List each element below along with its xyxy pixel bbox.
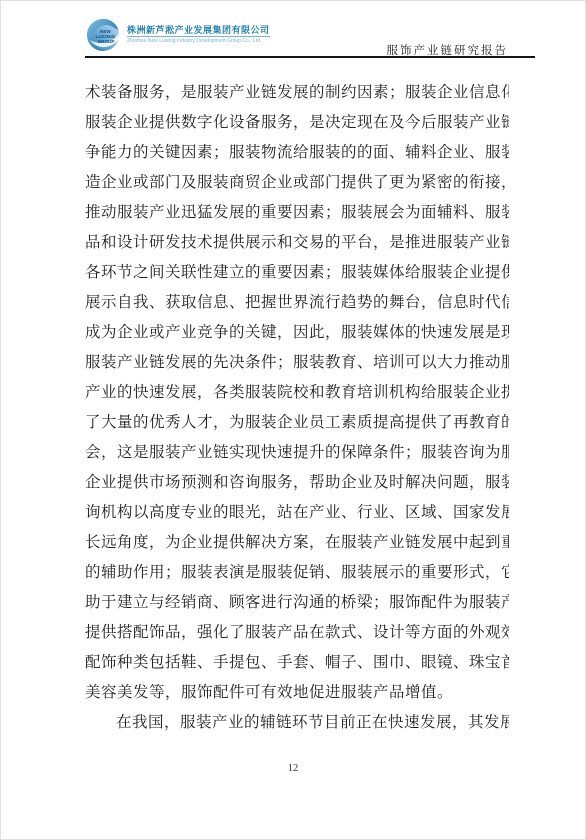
company-name-chinese: 株洲新芦淞产业发展集团有限公司 xyxy=(127,25,270,36)
body-text-line: 询机构以高度专业的眼光，站在产业、行业、区域、国家发展的 xyxy=(85,498,509,528)
body-text-line: 助于建立与经销商、顾客进行沟通的桥梁；服饰配件为服装产品 xyxy=(85,588,509,618)
body-text: 术装备服务，是服装产业链发展的制约因素；服装企业信息化为服装企业提供数字化设备服… xyxy=(85,78,509,738)
body-text-line: 配饰种类包括鞋、手提包、手套、帽子、围巾、眼镜、珠宝首饰、 xyxy=(85,648,509,678)
body-text-line: 争能力的关键因素；服装物流给服装的的面、辅料企业、服装制 xyxy=(85,138,509,168)
body-text-line: 服装企业提供数字化设备服务，是决定现在及今后服装产业链竞 xyxy=(85,108,509,138)
body-text-line: 服装产业链发展的先决条件；服装教育、培训可以大力推动服装 xyxy=(85,348,509,378)
document-page: NEW LUSONG GROUP 株洲新芦淞产业发展集团有限公司 Zhuzhou… xyxy=(0,0,586,840)
header-divider-rule xyxy=(85,56,535,58)
body-text-line: 品和设计研发技术提供展示和交易的平台，是推进服装产业链中 xyxy=(85,228,509,258)
body-text-line: 在我国，服装产业的辅链环节目前正在快速发展，其发展 xyxy=(85,708,509,738)
body-text-line: 的辅助作用；服装表演是服装促销、服装展示的重要形式，它有 xyxy=(85,558,509,588)
body-text-line: 长远角度，为企业提供解决方案，在服装产业链发展中起到重要 xyxy=(85,528,509,558)
body-text-line: 术装备服务，是服装产业链发展的制约因素；服装企业信息化为 xyxy=(85,78,509,108)
body-text-line: 成为企业或产业竞争的关键，因此，服装媒体的快速发展是现代 xyxy=(85,318,509,348)
body-text-line: 美容美发等，服饰配件可有效地促进服装产品增值。 xyxy=(85,678,509,708)
body-text-line: 展示自我、获取信息、把握世界流行趋势的舞台，信息时代信息 xyxy=(85,288,509,318)
body-text-line: 会，这是服装产业链实现快速提升的保障条件；服装咨询为服装 xyxy=(85,438,509,468)
company-name-block: 株洲新芦淞产业发展集团有限公司 Zhuzhou New Lusong Indus… xyxy=(127,25,270,45)
body-text-line: 推动服装产业迅猛发展的重要因素；服装展会为面辅料、服装产 xyxy=(85,198,509,228)
company-logo: NEW LUSONG GROUP 株洲新芦淞产业发展集团有限公司 Zhuzhou… xyxy=(85,16,270,54)
body-text-line: 各环节之间关联性建立的重要因素；服装媒体给服装企业提供了 xyxy=(85,258,509,288)
globe-swirl-logo-icon: NEW LUSONG GROUP xyxy=(85,16,122,54)
body-text-line: 造企业或部门及服装商贸企业或部门提供了更为紧密的衔接，是 xyxy=(85,168,509,198)
body-text-line: 了大量的优秀人才，为服装企业员工素质提高提供了再教育的机 xyxy=(85,408,509,438)
company-name-english: Zhuzhou New Lusong Industry Development … xyxy=(127,36,270,45)
page-header: NEW LUSONG GROUP 株洲新芦淞产业发展集团有限公司 Zhuzhou… xyxy=(85,14,536,58)
page-number: 12 xyxy=(0,763,586,774)
body-text-line: 企业提供市场预测和咨询服务，帮助企业及时解决问题，服装咨 xyxy=(85,468,509,498)
body-text-line: 提供搭配饰品，强化了服装产品在款式、设计等方面的外观效果， xyxy=(85,618,509,648)
body-text-line: 产业的快速发展，各类服装院校和教育培训机构给服装企业提供 xyxy=(85,378,509,408)
